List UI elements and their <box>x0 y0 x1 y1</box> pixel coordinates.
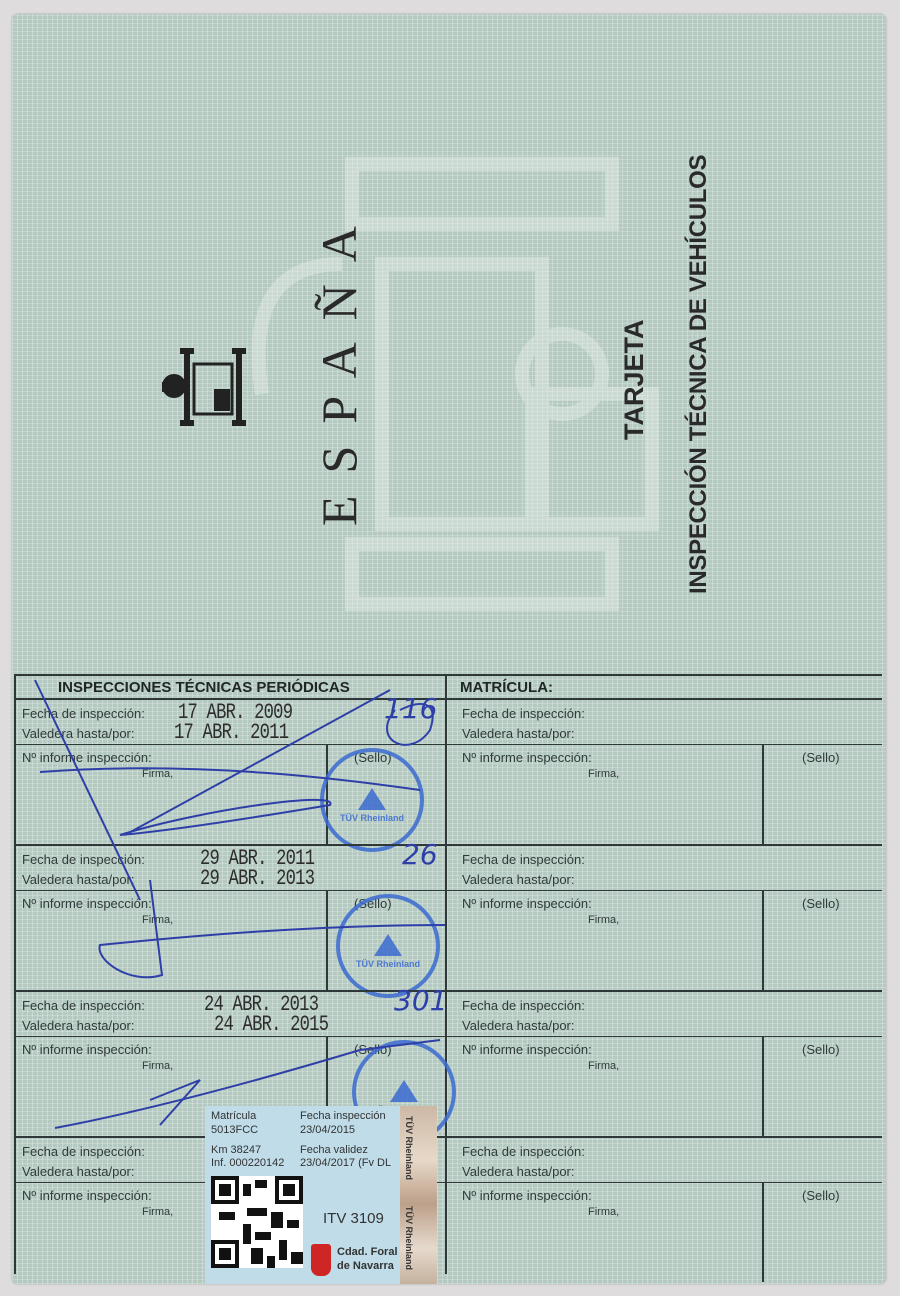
right-row-2-firma-label: Firma, <box>588 914 619 926</box>
holo-text: TÜV Rheinland <box>404 1206 414 1270</box>
right-row-1-informe-label: Nº informe inspección: <box>462 750 592 765</box>
left-row-1-fecha-label: Fecha de inspección: <box>22 706 145 721</box>
left-row-1-tuv-seal: TÜV Rheinland <box>320 748 424 852</box>
right-row-3-valedera-label: Valedera hasta/por: <box>462 1018 575 1033</box>
sticker-issuer-2: de Navarra <box>337 1260 394 1272</box>
right-header: MATRÍCULA: <box>460 679 553 696</box>
left-row-2-informe-label: Nº informe inspección: <box>22 896 152 911</box>
right-row-4-informe-label: Nº informe inspección: <box>462 1188 592 1203</box>
sticker-matricula: 5013FCC <box>211 1124 258 1136</box>
spain-coat-of-arms-icon <box>154 344 254 434</box>
left-row-2-firma-label: Firma, <box>142 914 173 926</box>
left-row-4-valedera-label: Valedera hasta/por: <box>22 1164 135 1179</box>
sticker-issuer-1: Cdad. Foral <box>337 1246 398 1258</box>
left-row-4-firma-label: Firma, <box>142 1206 173 1218</box>
qr-code-icon <box>211 1176 303 1268</box>
right-row-4-sello-label: (Sello) <box>802 1188 840 1203</box>
left-row-1-firma-label: Firma, <box>142 768 173 780</box>
left-row-3-handwritten-number: 301 <box>394 984 447 1017</box>
sticker-itv-number: ITV 3109 <box>323 1210 384 1227</box>
sticker-fecha-inspeccion-label: Fecha inspección <box>300 1110 386 1122</box>
sticker-fecha-validez-label: Fecha validez <box>300 1144 368 1156</box>
seal-text: TÜV Rheinland <box>340 959 436 969</box>
right-row-3-fecha-label: Fecha de inspección: <box>462 998 585 1013</box>
tuv-triangle-icon <box>374 934 402 956</box>
tuv-triangle-icon <box>358 788 386 810</box>
right-row-4-firma-label: Firma, <box>588 1206 619 1218</box>
left-row-1-informe-label: Nº informe inspección: <box>22 750 152 765</box>
tuv-triangle-icon <box>390 1080 418 1102</box>
right-row-2-fecha-label: Fecha de inspección: <box>462 852 585 867</box>
left-row-1-valedera-label: Valedera hasta/por: <box>22 726 135 741</box>
right-row-1-valedera-label: Valedera hasta/por: <box>462 726 575 741</box>
card-title: TARJETA <box>619 320 650 441</box>
right-row-1-fecha-label: Fecha de inspección: <box>462 706 585 721</box>
seal-text: TÜV Rheinland <box>324 813 420 823</box>
left-row-1-handwritten-number: 116 <box>384 692 437 725</box>
itv-sticker: Matrícula 5013FCC Fecha inspección 23/04… <box>205 1106 437 1284</box>
left-row-2-valedera-label: Valedera hasta/por: <box>22 872 135 887</box>
left-row-4-fecha-label: Fecha de inspección: <box>22 1144 145 1159</box>
left-header: INSPECCIONES TÉCNICAS PERIÓDICAS <box>58 679 350 696</box>
hologram-strip: TÜV Rheinland TÜV Rheinland <box>400 1106 437 1284</box>
left-row-2-tuv-seal: TÜV Rheinland <box>336 894 440 998</box>
inspections-table: INSPECCIONES TÉCNICAS PERIÓDICAS MATRÍCU… <box>14 674 886 1280</box>
left-row-2-valedera-stamp: 29 ABR. 2013 <box>200 866 314 891</box>
navarra-shield-icon <box>311 1244 331 1276</box>
left-row-4-informe-label: Nº informe inspección: <box>22 1188 152 1203</box>
sticker-fecha-validez: 23/04/2017 (Fv DL <box>300 1157 391 1169</box>
right-row-3-informe-label: Nº informe inspección: <box>462 1042 592 1057</box>
right-row-2-informe-label: Nº informe inspección: <box>462 896 592 911</box>
sticker-km: Km 38247 <box>211 1144 261 1156</box>
left-row-1-valedera-stamp: 17 ABR. 2011 <box>174 720 288 745</box>
sticker-matricula-label: Matrícula <box>211 1110 256 1122</box>
right-row-1-sello-label: (Sello) <box>802 750 840 765</box>
card-subtitle: INSPECCIÓN TÉCNICA DE VEHÍCULOS <box>685 155 713 594</box>
right-row-4-fecha-label: Fecha de inspección: <box>462 1144 585 1159</box>
left-row-3-fecha-label: Fecha de inspección: <box>22 998 145 1013</box>
sticker-fecha-inspeccion: 23/04/2015 <box>300 1124 355 1136</box>
sticker-inf: Inf. 000220142 <box>211 1157 284 1169</box>
left-row-3-valedera-stamp: 24 ABR. 2015 <box>214 1012 328 1037</box>
right-row-2-sello-label: (Sello) <box>802 896 840 911</box>
right-row-3-sello-label: (Sello) <box>802 1042 840 1057</box>
left-row-3-valedera-label: Valedera hasta/por: <box>22 1018 135 1033</box>
right-row-1-firma-label: Firma, <box>588 768 619 780</box>
holo-text: TÜV Rheinland <box>404 1116 414 1180</box>
left-row-2-fecha-label: Fecha de inspección: <box>22 852 145 867</box>
left-row-3-firma-label: Firma, <box>142 1060 173 1072</box>
country-title: ESPAÑA <box>310 204 368 526</box>
right-row-3-firma-label: Firma, <box>588 1060 619 1072</box>
left-row-3-informe-label: Nº informe inspección: <box>22 1042 152 1057</box>
right-row-4-valedera-label: Valedera hasta/por: <box>462 1164 575 1179</box>
right-row-2-valedera-label: Valedera hasta/por: <box>462 872 575 887</box>
left-row-2-handwritten-number: 26 <box>402 838 438 871</box>
